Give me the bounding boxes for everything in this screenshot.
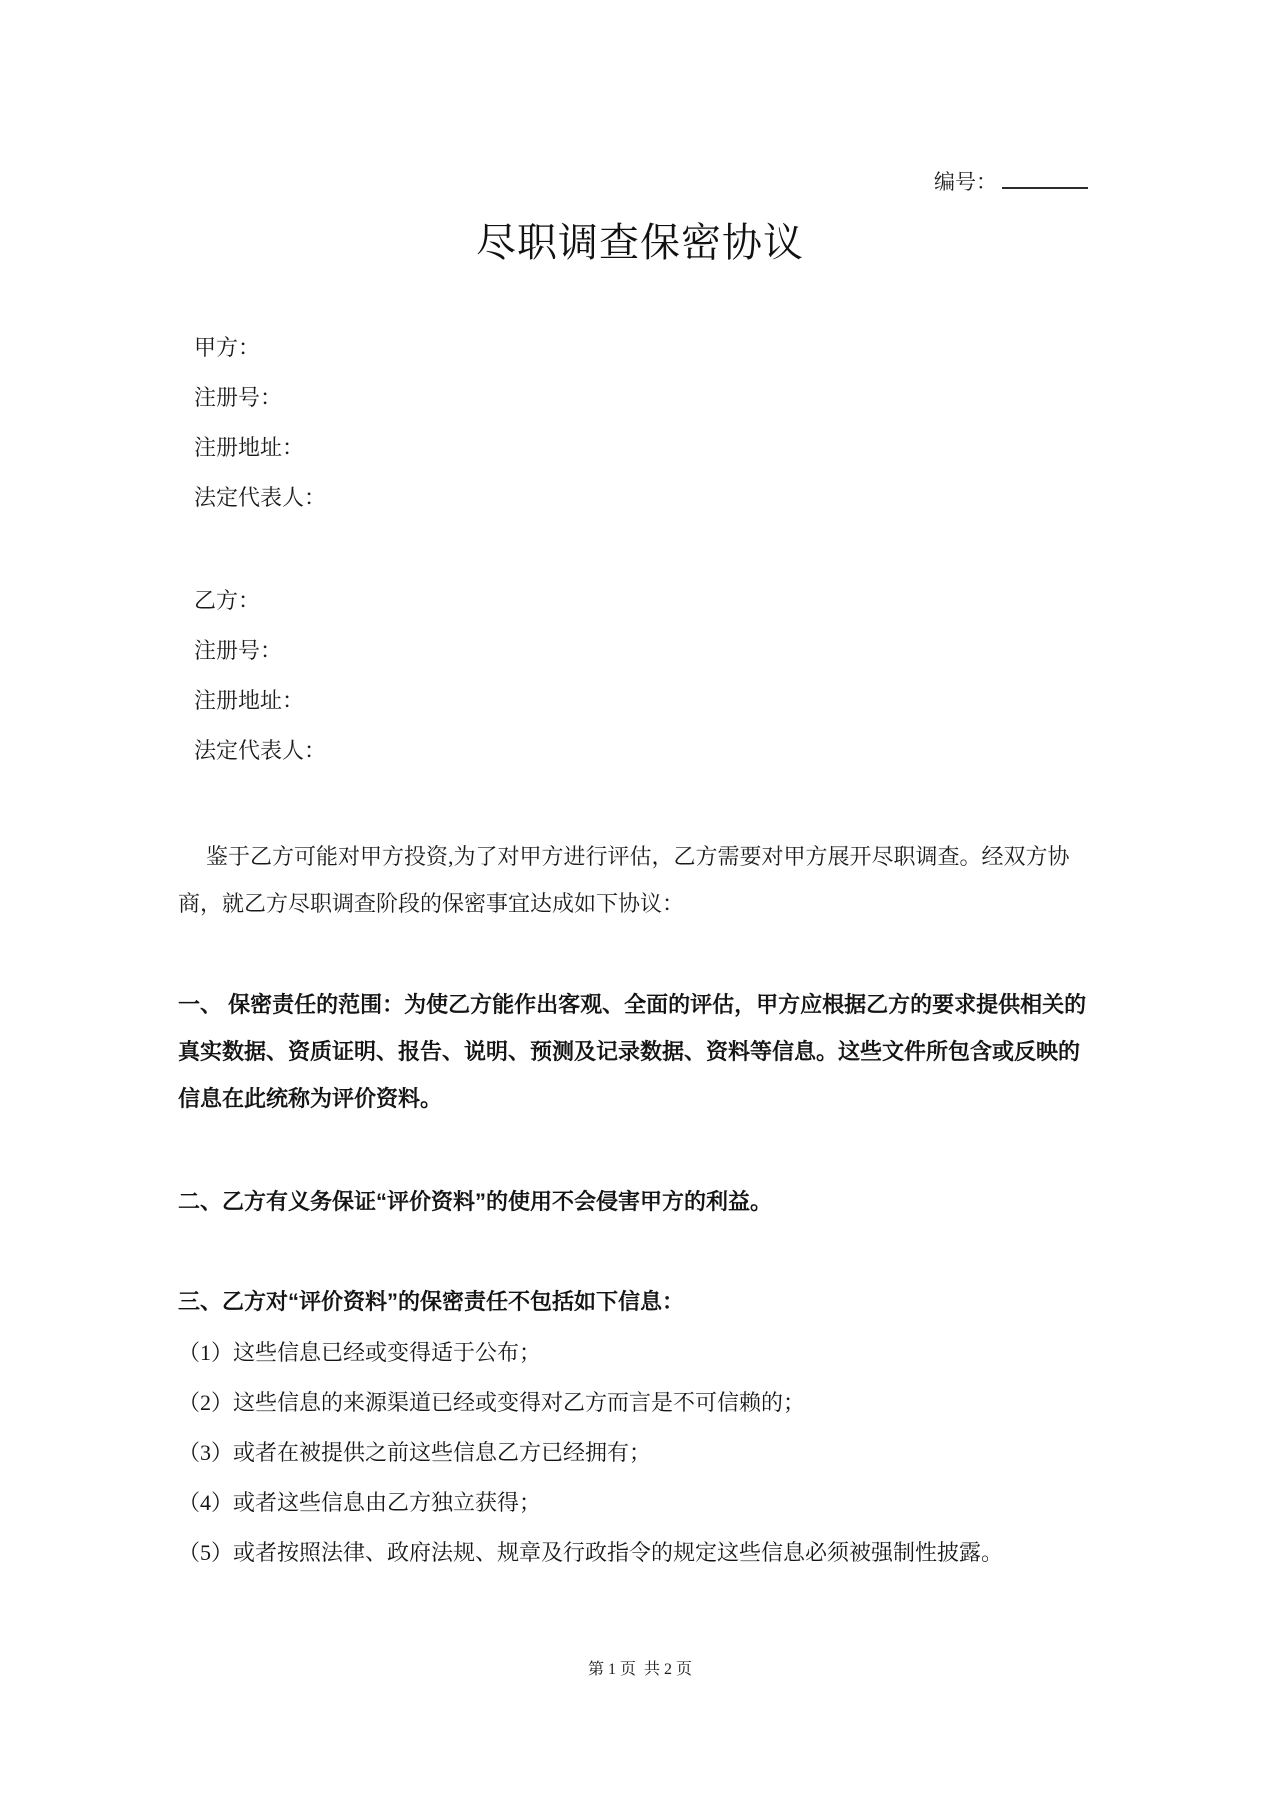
text-line: 法定代表人： (178, 726, 1112, 776)
serial-number-label: 编号： (934, 170, 997, 194)
text-line: 乙方： (178, 576, 1112, 626)
document-page: 编号： 尽职调查保密协议 甲方：注册号：注册地址：法定代表人： 乙方：注册号：注… (0, 0, 1280, 1810)
text-line: 注册地址： (178, 676, 1112, 726)
section-3-exclusion-list: （1）这些信息已经或变得适于公布；（2）这些信息的来源渠道已经或变得对乙方而言是… (178, 1328, 1112, 1578)
text-line: 注册号： (178, 373, 1112, 423)
text-line: （1）这些信息已经或变得适于公布； (178, 1328, 1112, 1378)
text-line: 注册地址： (178, 423, 1112, 473)
serial-number-line: 编号： (934, 166, 1088, 196)
text-line: 三、乙方对“评价资料”的保密责任不包括如下信息： (178, 1278, 1112, 1325)
text-line: 二、乙方有义务保证“评价资料”的使用不会侵害甲方的利益。 (178, 1178, 1112, 1225)
text-line: （4）或者这些信息由乙方独立获得； (178, 1478, 1112, 1528)
footer-page-number: 第 1 页 共 2 页 (0, 1656, 1280, 1679)
section-2-obligation: 二、乙方有义务保证“评价资料”的使用不会侵害甲方的利益。 (178, 1178, 1112, 1225)
party-b-block: 乙方：注册号：注册地址：法定代表人： (178, 576, 1112, 776)
text-line: 真实数据、资质证明、报告、说明、预测及记录数据、资料等信息。这些文件所包含或反映… (178, 1028, 1112, 1075)
text-line: 一、 保密责任的范围：为使乙方能作出客观、全面的评估，甲方应根据乙方的要求提供相… (178, 981, 1112, 1028)
text-line: 鉴于乙方可能对甲方投资,为了对甲方进行评估，乙方需要对甲方展开尽职调查。经双方协 (178, 833, 1112, 880)
text-line: 注册号： (178, 626, 1112, 676)
text-line: （3）或者在被提供之前这些信息乙方已经拥有； (178, 1428, 1112, 1478)
text-line: 甲方： (178, 323, 1112, 373)
doc-title: 尽职调查保密协议 (0, 211, 1280, 268)
serial-number-blank-line (1002, 167, 1088, 189)
text-line: （2）这些信息的来源渠道已经或变得对乙方而言是不可信赖的； (178, 1378, 1112, 1428)
text-line: 商，就乙方尽职调查阶段的保密事宜达成如下协议： (178, 880, 1112, 927)
text-line: 信息在此统称为评价资料。 (178, 1075, 1112, 1122)
text-line: （5）或者按照法律、政府法规、规章及行政指令的规定这些信息必须被强制性披露。 (178, 1528, 1112, 1578)
party-a-block: 甲方：注册号：注册地址：法定代表人： (178, 323, 1112, 523)
section-3-heading: 三、乙方对“评价资料”的保密责任不包括如下信息： (178, 1278, 1112, 1325)
preamble-paragraph: 鉴于乙方可能对甲方投资,为了对甲方进行评估，乙方需要对甲方展开尽职调查。经双方协… (178, 833, 1112, 927)
text-line: 法定代表人： (178, 473, 1112, 523)
section-1-confidentiality-scope: 一、 保密责任的范围：为使乙方能作出客观、全面的评估，甲方应根据乙方的要求提供相… (178, 981, 1112, 1122)
